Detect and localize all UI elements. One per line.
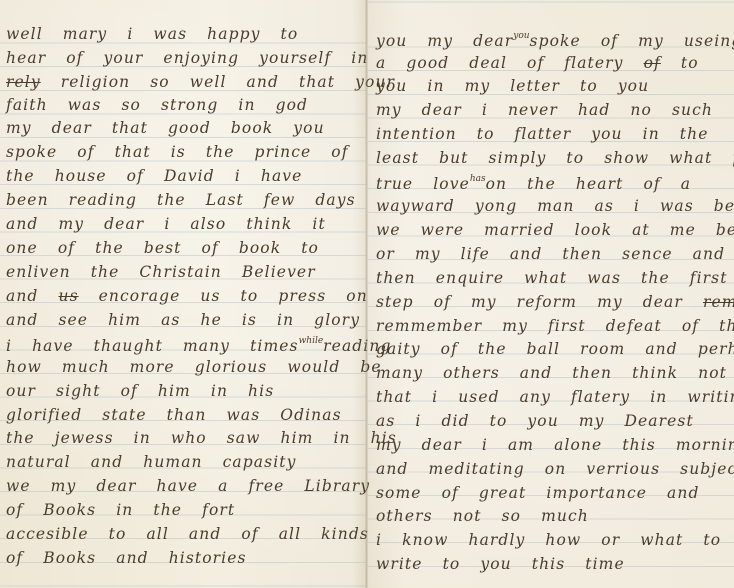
left-line-9: and my dear i also think it <box>6 217 326 233</box>
right-line-15: many others and then think not <box>376 366 727 382</box>
insertion: while <box>299 336 324 346</box>
left-line-5: my dear that good book you <box>6 121 325 137</box>
right-line-8: wayward yong man as i was before <box>376 199 734 215</box>
right-line-6: least but simply to show what power <box>376 151 734 167</box>
struck-word: rely <box>6 73 41 91</box>
right-line-3: you in my letter to you <box>376 79 649 95</box>
right-line-9: we were married look at me before <box>376 223 734 239</box>
left-line-12: and us encorage us to press on <box>6 289 368 305</box>
right-line-23: write to you this time <box>376 557 625 573</box>
insertion: you <box>513 31 529 41</box>
right-line-21: others not so much <box>376 509 589 525</box>
right-line-13: remmember my first defeat of the <box>376 319 734 335</box>
left-line-15: how much more glorious would be <box>6 360 382 376</box>
right-line-1: you my dearyouspoke of my useing <box>376 32 734 50</box>
right-line-17: as i did to you my Dearest <box>376 414 694 430</box>
right-line-16: that i used any flatery in writing <box>376 390 734 406</box>
left-line-22: accesible to all and of all kinds <box>6 527 369 543</box>
right-line-19: and meditating on verrious subjects <box>376 462 734 478</box>
right-line-2: a good deal of flatery of to <box>376 56 699 72</box>
right-line-22: i know hardly how or what to <box>376 533 721 549</box>
left-line-10: one of the best of book to <box>6 241 319 257</box>
left-line-19: natural and human capasity <box>6 455 296 471</box>
right-page: you my dearyouspoke of my useing a good … <box>368 0 734 588</box>
struck-word: us <box>58 287 78 305</box>
right-line-5: intention to flatter you in the <box>376 127 709 143</box>
left-line-4: faith was so strong in god <box>6 98 308 114</box>
right-line-7: true lovehason the heart of a <box>376 175 691 193</box>
right-line-10: or my life and then sence and <box>376 247 725 263</box>
left-line-13: and see him as he is in glory <box>6 313 360 329</box>
left-line-16: our sight of him in his <box>6 384 274 400</box>
struck-word: remem <box>703 293 734 311</box>
left-line-3: rely religion so well and that your <box>6 75 395 91</box>
left-line-14: i have thaught many timeswhilereading <box>6 337 391 355</box>
left-line-8: been reading the Last few days <box>6 193 356 209</box>
struck-word: of <box>644 54 661 72</box>
right-line-12: step of my reform my dear remem <box>376 295 734 311</box>
right-line-20: some of great importance and <box>376 486 699 502</box>
left-line-17: glorified state than was Odinas <box>6 408 342 424</box>
letter-spread: well mary i was happy to hear of your en… <box>0 0 734 588</box>
left-line-7: the house of David i have <box>6 169 302 185</box>
left-line-18: the jewess in who saw him in his <box>6 431 397 447</box>
right-line-18: my dear i am alone this morning <box>376 438 734 454</box>
left-page: well mary i was happy to hear of your en… <box>0 0 366 588</box>
left-line-11: enliven the Christain Believer <box>6 265 316 281</box>
insertion: has <box>470 174 486 184</box>
right-line-4: my dear i never had no such <box>376 103 713 119</box>
left-line-21: of Books in the fort <box>6 503 235 519</box>
left-line-1: well mary i was happy to <box>6 27 298 43</box>
right-line-14: gaity of the ball room and perhaps <box>376 342 734 358</box>
right-line-11: then enquire what was the first <box>376 271 728 287</box>
left-line-2: hear of your enjoying yourself in <box>6 51 368 67</box>
left-line-6: spoke of that is the prince of <box>6 145 349 161</box>
left-line-23: of Books and histories <box>6 551 247 567</box>
left-line-20: we my dear have a free Library <box>6 479 370 495</box>
